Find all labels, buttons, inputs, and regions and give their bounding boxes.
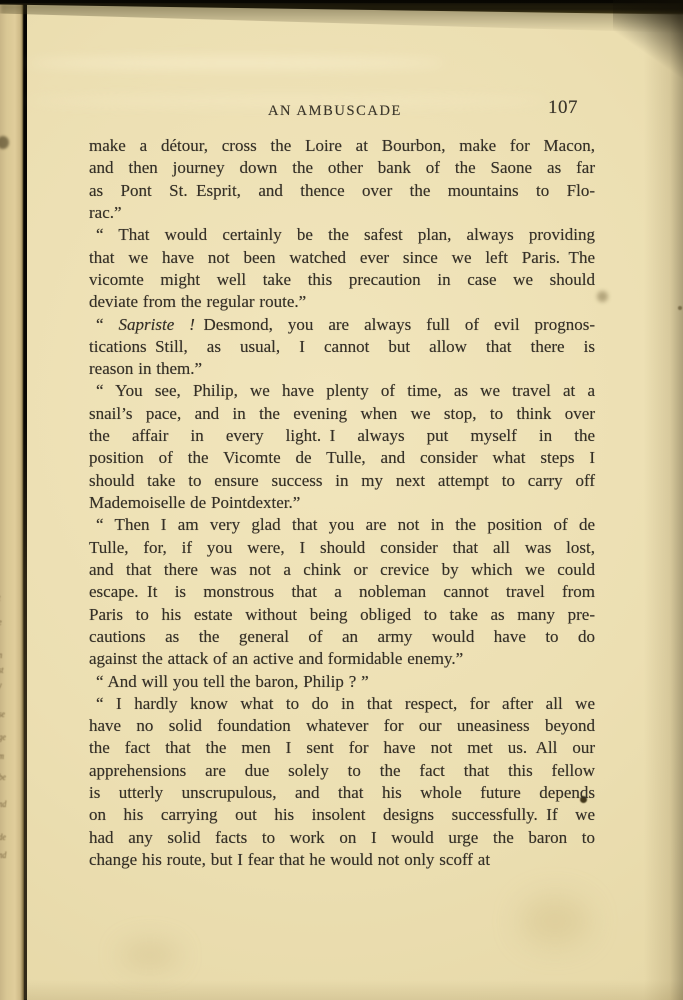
paragraph: “ I hardly know what to do in that respe… bbox=[89, 693, 595, 872]
text-line: Paris to his estate without being oblige… bbox=[89, 604, 595, 626]
showthrough-mark: ge bbox=[0, 732, 6, 742]
paper-stain bbox=[597, 291, 608, 302]
text-line: snail’s pace, and in the evening when we… bbox=[89, 403, 595, 425]
paragraph: make a détour, cross the Loire at Bourbo… bbox=[89, 135, 595, 224]
text-segment: Desmond, you are always full of evil pro… bbox=[195, 315, 595, 334]
page-header: AN AMBUSCADE 107 bbox=[89, 101, 595, 123]
ink-speck bbox=[678, 306, 682, 310]
scan-streak bbox=[27, 58, 447, 68]
text-line: Mademoiselle de Pointdexter.” bbox=[89, 492, 595, 514]
text-line: change his route, but I fear that he wou… bbox=[89, 849, 595, 871]
paragraph: “ That would certainly be the safest pla… bbox=[89, 224, 595, 313]
text-line: and then journey down the other bank of … bbox=[89, 157, 595, 179]
text-line: make a détour, cross the Loire at Bourbo… bbox=[89, 135, 595, 157]
text-line: “ And will you tell the baron, Philip ? … bbox=[89, 671, 595, 693]
text-line: should take to ensure success in my next… bbox=[89, 470, 595, 492]
text-line: Tulle, for, if you were, I should consid… bbox=[89, 537, 595, 559]
text-line: the fact that the men I sent for have no… bbox=[89, 737, 595, 759]
text-line: against the attack of an active and form… bbox=[89, 648, 595, 670]
text-line: is utterly unscrupulous, and that his wh… bbox=[89, 782, 595, 804]
showthrough-mark: de bbox=[0, 832, 6, 842]
showthrough-mark: y bbox=[0, 680, 2, 690]
text-line: the affair in every light. I always put … bbox=[89, 425, 595, 447]
text-line: as Pont St. Esprit, and thence over the … bbox=[89, 180, 595, 202]
showthrough-mark: nd bbox=[0, 850, 6, 860]
showthrough-mark: n bbox=[0, 650, 2, 660]
text-line: position of the Vicomte de Tulle, and co… bbox=[89, 447, 595, 469]
text-line: escape. It is monstrous that a nobleman … bbox=[89, 581, 595, 603]
text-line: cautions as the general of an army would… bbox=[89, 626, 595, 648]
text-line: tications Still, as usual, I cannot but … bbox=[89, 336, 595, 358]
text-line: that we have not been watched ever since… bbox=[89, 247, 595, 269]
paragraph: “ You see, Philip, we have plenty of tim… bbox=[89, 380, 595, 514]
showthrough-mark: se bbox=[0, 709, 5, 719]
text-line: and that there was not a chink or crevic… bbox=[89, 559, 595, 581]
text-line: “ That would certainly be the safest pla… bbox=[89, 224, 595, 246]
showthrough-mark: nd bbox=[0, 799, 6, 809]
text-line: had any solid facts to work on I would u… bbox=[89, 827, 595, 849]
paper-stain bbox=[120, 940, 180, 970]
text-line: “ Then I am very glad that you are not i… bbox=[89, 514, 595, 536]
text-line: “ Sapriste ! Desmond, you are always ful… bbox=[89, 314, 595, 336]
text-line: deviate from the regular route.” bbox=[89, 291, 595, 313]
scan-corner-shadow bbox=[613, 0, 683, 80]
text-line: rac.” bbox=[89, 202, 595, 224]
paper-stain bbox=[520, 896, 590, 946]
showthrough-mark: be bbox=[0, 772, 6, 782]
italic-text-segment: Sapriste ! bbox=[119, 315, 195, 334]
showthrough-mark: st bbox=[0, 665, 4, 675]
text-line: reason in them.” bbox=[89, 358, 595, 380]
text-segment: “ bbox=[96, 315, 119, 334]
paragraph: “ And will you tell the baron, Philip ? … bbox=[89, 671, 595, 693]
text-line: vicomte might well take this precaution … bbox=[89, 269, 595, 291]
page-number: 107 bbox=[548, 98, 578, 118]
text-line: “ I hardly know what to do in that respe… bbox=[89, 693, 595, 715]
body-text: make a détour, cross the Loire at Bourbo… bbox=[89, 135, 595, 871]
text-line: apprehensions are due solely to the fact… bbox=[89, 760, 595, 782]
paragraph: “ Then I am very glad that you are not i… bbox=[89, 514, 595, 670]
text-line: have no solid foundation whatever for ou… bbox=[89, 715, 595, 737]
showthrough-mark: m bbox=[0, 751, 4, 761]
text-line: on his carrying out his insolent designs… bbox=[89, 804, 595, 826]
running-title: AN AMBUSCADE bbox=[82, 101, 588, 121]
text-line: “ You see, Philip, we have plenty of tim… bbox=[89, 380, 595, 402]
showthrough-mark: e bbox=[0, 617, 2, 627]
paragraph: “ Sapriste ! Desmond, you are always ful… bbox=[89, 314, 595, 381]
